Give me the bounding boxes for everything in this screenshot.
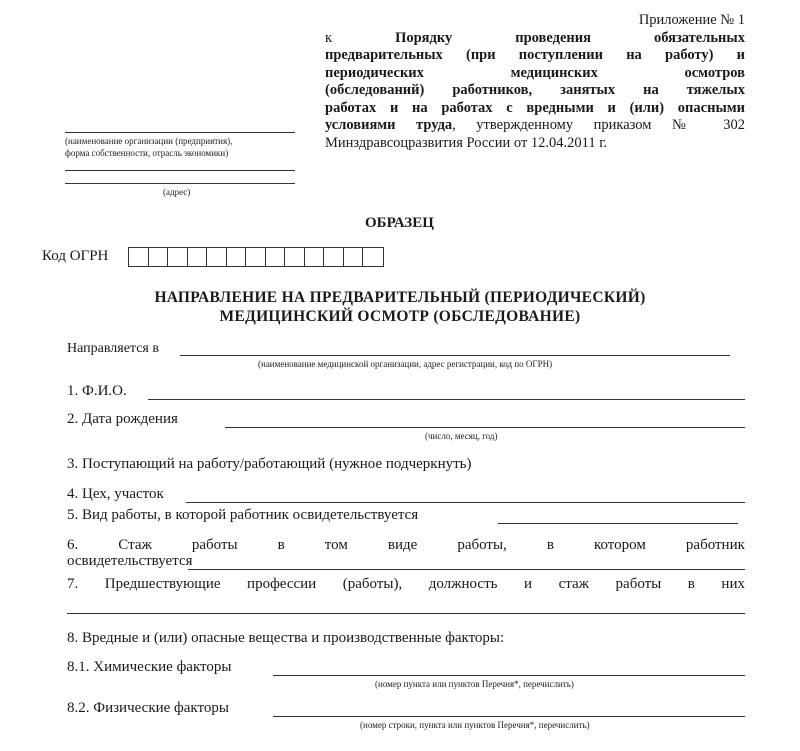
hazards-label: 8. Вредные и (или) опасные вещества и пр…	[67, 630, 504, 647]
appendix-word: периодических	[325, 65, 424, 83]
ogrn-code-input[interactable]	[128, 247, 384, 267]
ogrn-label: Код ОГРН	[42, 248, 108, 265]
birth-date-label: 2. Дата рождения	[67, 411, 178, 428]
organization-extra-field[interactable]	[65, 170, 295, 171]
appendix-line-1: кПорядкупроведенияобязательных	[325, 30, 745, 48]
previous-professions-field[interactable]	[67, 613, 745, 614]
appendix-line-5: работах и на работах с вредными и (или) …	[325, 100, 745, 118]
fio-field[interactable]	[148, 399, 745, 400]
ogrn-digit-box[interactable]	[168, 248, 188, 266]
organization-caption-1: (наименование организации (предприятия),	[65, 136, 232, 146]
ogrn-digit-box[interactable]	[227, 248, 247, 266]
label-word: виде	[388, 537, 417, 554]
label-word: 6.	[67, 537, 78, 554]
label-word: должность	[429, 576, 498, 593]
label-word: профессии	[247, 576, 316, 593]
appendix-line-2: предварительных (при поступлении на рабо…	[325, 47, 745, 65]
appendix-word: Порядку	[395, 30, 452, 48]
label-word: них	[721, 576, 745, 593]
experience-label: 6.Стажработывтомвидеработы,вкоторомработ…	[67, 537, 745, 554]
fio-label: 1. Ф.И.О.	[67, 383, 127, 400]
ogrn-digit-box[interactable]	[188, 248, 208, 266]
appendix-heading: Приложение № 1	[325, 12, 745, 30]
directed-to-caption: (наименование медицинской организации, а…	[258, 359, 552, 369]
appendix-word: к	[325, 30, 332, 48]
ogrn-digit-box[interactable]	[149, 248, 169, 266]
experience-label-continuation: освидетельствуется	[67, 553, 193, 570]
appendix-reference: Приложение № 1 кПорядкупроведенияобязате…	[325, 12, 745, 152]
label-word: в	[547, 537, 554, 554]
appendix-line-6-rest: , утвержденному приказом № 302	[452, 117, 745, 133]
label-word: работы	[192, 537, 238, 554]
address-field[interactable]	[65, 183, 295, 184]
previous-professions-label: 7.Предшествующиепрофессии(работы),должно…	[67, 576, 745, 593]
experience-field[interactable]	[188, 569, 745, 570]
chemical-factors-caption: (номер пункта или пунктов Перечня*, пере…	[375, 679, 574, 689]
ogrn-digit-box[interactable]	[305, 248, 325, 266]
label-word: в	[688, 576, 695, 593]
directed-to-label: Направляется в	[67, 341, 159, 357]
ogrn-digit-box[interactable]	[266, 248, 286, 266]
physical-factors-field[interactable]	[273, 716, 745, 717]
chemical-factors-field[interactable]	[273, 675, 745, 676]
label-word: 7.	[67, 576, 78, 593]
ogrn-digit-box[interactable]	[363, 248, 383, 266]
appendix-line-3: периодическихмедицинскихосмотров	[325, 65, 745, 83]
chemical-factors-label: 8.1. Химические факторы	[67, 659, 232, 676]
ogrn-digit-box[interactable]	[129, 248, 149, 266]
ogrn-digit-box[interactable]	[207, 248, 227, 266]
label-word: работы,	[457, 537, 506, 554]
appendix-line-6: условиями труда, утвержденному приказом …	[325, 117, 745, 135]
appendix-word: обязательных	[654, 30, 745, 48]
label-word: котором	[594, 537, 646, 554]
label-word: и	[524, 576, 532, 593]
workshop-label: 4. Цех, участок	[67, 486, 164, 503]
label-word: Стаж	[118, 537, 152, 554]
ogrn-digit-box[interactable]	[344, 248, 364, 266]
directed-to-field[interactable]	[180, 355, 730, 356]
label-word: Предшествующие	[105, 576, 221, 593]
label-word: стаж	[559, 576, 589, 593]
ogrn-digit-box[interactable]	[285, 248, 305, 266]
appendix-word: медицинских	[511, 65, 598, 83]
organization-name-field[interactable]	[65, 132, 295, 133]
label-word: работы	[616, 576, 662, 593]
label-word: работник	[686, 537, 745, 554]
sample-label: ОБРАЗЕЦ	[365, 215, 434, 232]
appendix-line-7: Минздравсоцразвития России от 12.04.2011…	[325, 135, 745, 153]
appendix-line-4: (обследований) работников, занятых на тя…	[325, 82, 745, 100]
appendix-word: осмотров	[684, 65, 745, 83]
birth-date-caption: (число, месяц, год)	[425, 431, 497, 441]
ogrn-digit-box[interactable]	[324, 248, 344, 266]
physical-factors-caption: (номер строки, пункта или пунктов Перечн…	[360, 720, 590, 730]
appendix-word: проведения	[515, 30, 591, 48]
workshop-field[interactable]	[186, 502, 745, 503]
ogrn-digit-box[interactable]	[246, 248, 266, 266]
label-word: в	[278, 537, 285, 554]
label-word: том	[325, 537, 348, 554]
organization-caption-2: форма собственности, отрасль экономики)	[65, 148, 228, 158]
work-type-label: 5. Вид работы, в которой работник освиде…	[67, 507, 418, 524]
document-title-line-2: МЕДИЦИНСКИЙ ОСМОТР (ОБСЛЕДОВАНИЕ)	[0, 308, 800, 326]
label-word: (работы),	[343, 576, 402, 593]
address-caption: (адрес)	[163, 187, 190, 197]
employment-status-label[interactable]: 3. Поступающий на работу/работающий (нуж…	[67, 456, 472, 473]
document-title-line-1: НАПРАВЛЕНИЕ НА ПРЕДВАРИТЕЛЬНЫЙ (ПЕРИОДИЧ…	[0, 289, 800, 307]
work-type-field[interactable]	[498, 523, 738, 524]
birth-date-field[interactable]	[225, 427, 745, 428]
physical-factors-label: 8.2. Физические факторы	[67, 700, 229, 717]
appendix-line-6-bold: условиями труда	[325, 117, 452, 133]
